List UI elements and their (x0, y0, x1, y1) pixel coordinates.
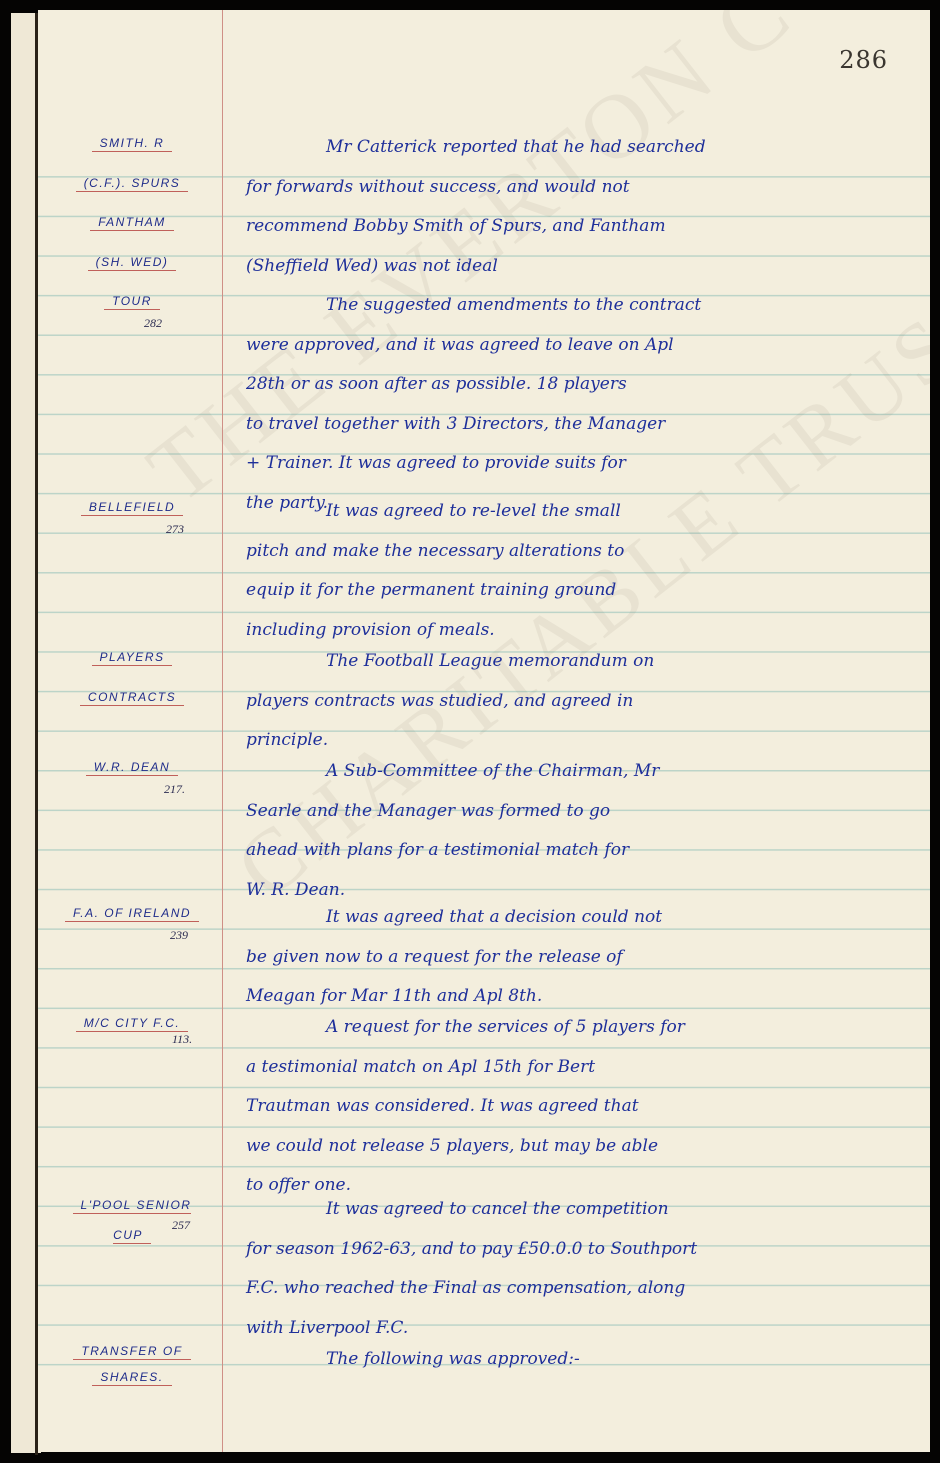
heading-line: Smith. R (92, 136, 173, 152)
text-line: The suggested amendments to the contract (246, 286, 906, 326)
minute-book-page: 286 THE EVERTON COLLECTION CHARITABLE TR… (38, 10, 930, 1452)
text-line: F.C. who reached the Final as compensati… (246, 1269, 906, 1309)
heading-line: Tour (104, 294, 160, 310)
minute-text: It was agreed that a decision could not … (246, 898, 906, 1017)
text-line: for forwards without success, and would … (246, 168, 906, 208)
minute-text: The suggested amendments to the contract… (246, 286, 906, 524)
minute-reference: 217. (164, 782, 185, 797)
minute-reference: 282 (144, 316, 162, 331)
text-line: It was agreed that a decision could not (246, 898, 906, 938)
margin-heading: Players Contracts (52, 642, 212, 721)
minute-reference: 113. (172, 1032, 192, 1047)
text-line: recommend Bobby Smith of Spurs, and Fant… (246, 207, 906, 247)
text-line: 28th or as soon after as possible. 18 pl… (246, 365, 906, 405)
minute-text: The following was approved:- (246, 1340, 906, 1380)
text-line: (Sheffield Wed) was not ideal (246, 247, 906, 287)
text-line: were approved, and it was agreed to leav… (246, 326, 906, 366)
text-line: to travel together with 3 Directors, the… (246, 405, 906, 445)
minute-text: It was agreed to cancel the competition … (246, 1190, 906, 1348)
margin-heading: Transfer of Shares. (52, 1340, 212, 1392)
minute-reference: 239 (170, 928, 188, 943)
text-line: pitch and make the necessary alterations… (246, 532, 906, 572)
heading-line: (C.F.). Spurs (76, 176, 189, 192)
heading-line: Contracts (80, 690, 184, 706)
page-number: 286 (839, 46, 888, 74)
text-line: It was agreed to re-level the small (246, 492, 906, 532)
margin-heading: F.A. of Ireland (52, 898, 212, 938)
margin-heading: Tour (52, 286, 212, 326)
text-line: Mr Catterick reported that he had search… (246, 128, 906, 168)
minute-text: It was agreed to re-level the small pitc… (246, 492, 906, 650)
margin-heading: Smith. R (C.F.). Spurs Fantham (Sh. Wed) (52, 128, 212, 286)
minute-text: A Sub-Committee of the Chairman, Mr Sear… (246, 752, 906, 910)
minute-text: A request for the services of 5 players … (246, 1008, 906, 1206)
text-line: A request for the services of 5 players … (246, 1008, 906, 1048)
heading-line: M/c City F.C. (76, 1016, 188, 1032)
text-line: be given now to a request for the releas… (246, 938, 906, 978)
text-line: Trautman was considered. It was agreed t… (246, 1087, 906, 1127)
text-line: a testimonial match on Apl 15th for Bert (246, 1048, 906, 1088)
text-line: + Trainer. It was agreed to provide suit… (246, 444, 906, 484)
margin-heading: Bellefield (52, 492, 212, 532)
text-line: for season 1962-63, and to pay £50.0.0 t… (246, 1230, 906, 1270)
minute-text: The Football League memorandum on player… (246, 642, 906, 761)
minute-text: Mr Catterick reported that he had search… (246, 128, 906, 286)
text-line: The following was approved:- (246, 1340, 906, 1380)
margin-rule (222, 10, 223, 1452)
heading-line: Shares. (92, 1370, 171, 1386)
minute-reference: 257 (172, 1218, 190, 1233)
minute-reference: 273 (166, 522, 184, 537)
text-line: ahead with plans for a testimonial match… (246, 831, 906, 871)
text-line: equip it for the permanent training grou… (246, 571, 906, 611)
text-line: A Sub-Committee of the Chairman, Mr (246, 752, 906, 792)
text-line: we could not release 5 players, but may … (246, 1127, 906, 1167)
margin-heading: W.R. Dean (52, 752, 212, 792)
heading-line: (Sh. Wed) (88, 255, 177, 271)
text-line: Searle and the Manager was formed to go (246, 792, 906, 832)
text-line: players contracts was studied, and agree… (246, 682, 906, 722)
heading-line: Players (92, 650, 173, 666)
heading-line: F.A. of Ireland (65, 906, 199, 922)
text-line: The Football League memorandum on (246, 642, 906, 682)
heading-line: Transfer of (73, 1344, 190, 1360)
heading-line: Bellefield (81, 500, 183, 516)
heading-line: Fantham (90, 215, 174, 231)
text-line: It was agreed to cancel the competition (246, 1190, 906, 1230)
heading-line: W.R. Dean (86, 760, 178, 776)
